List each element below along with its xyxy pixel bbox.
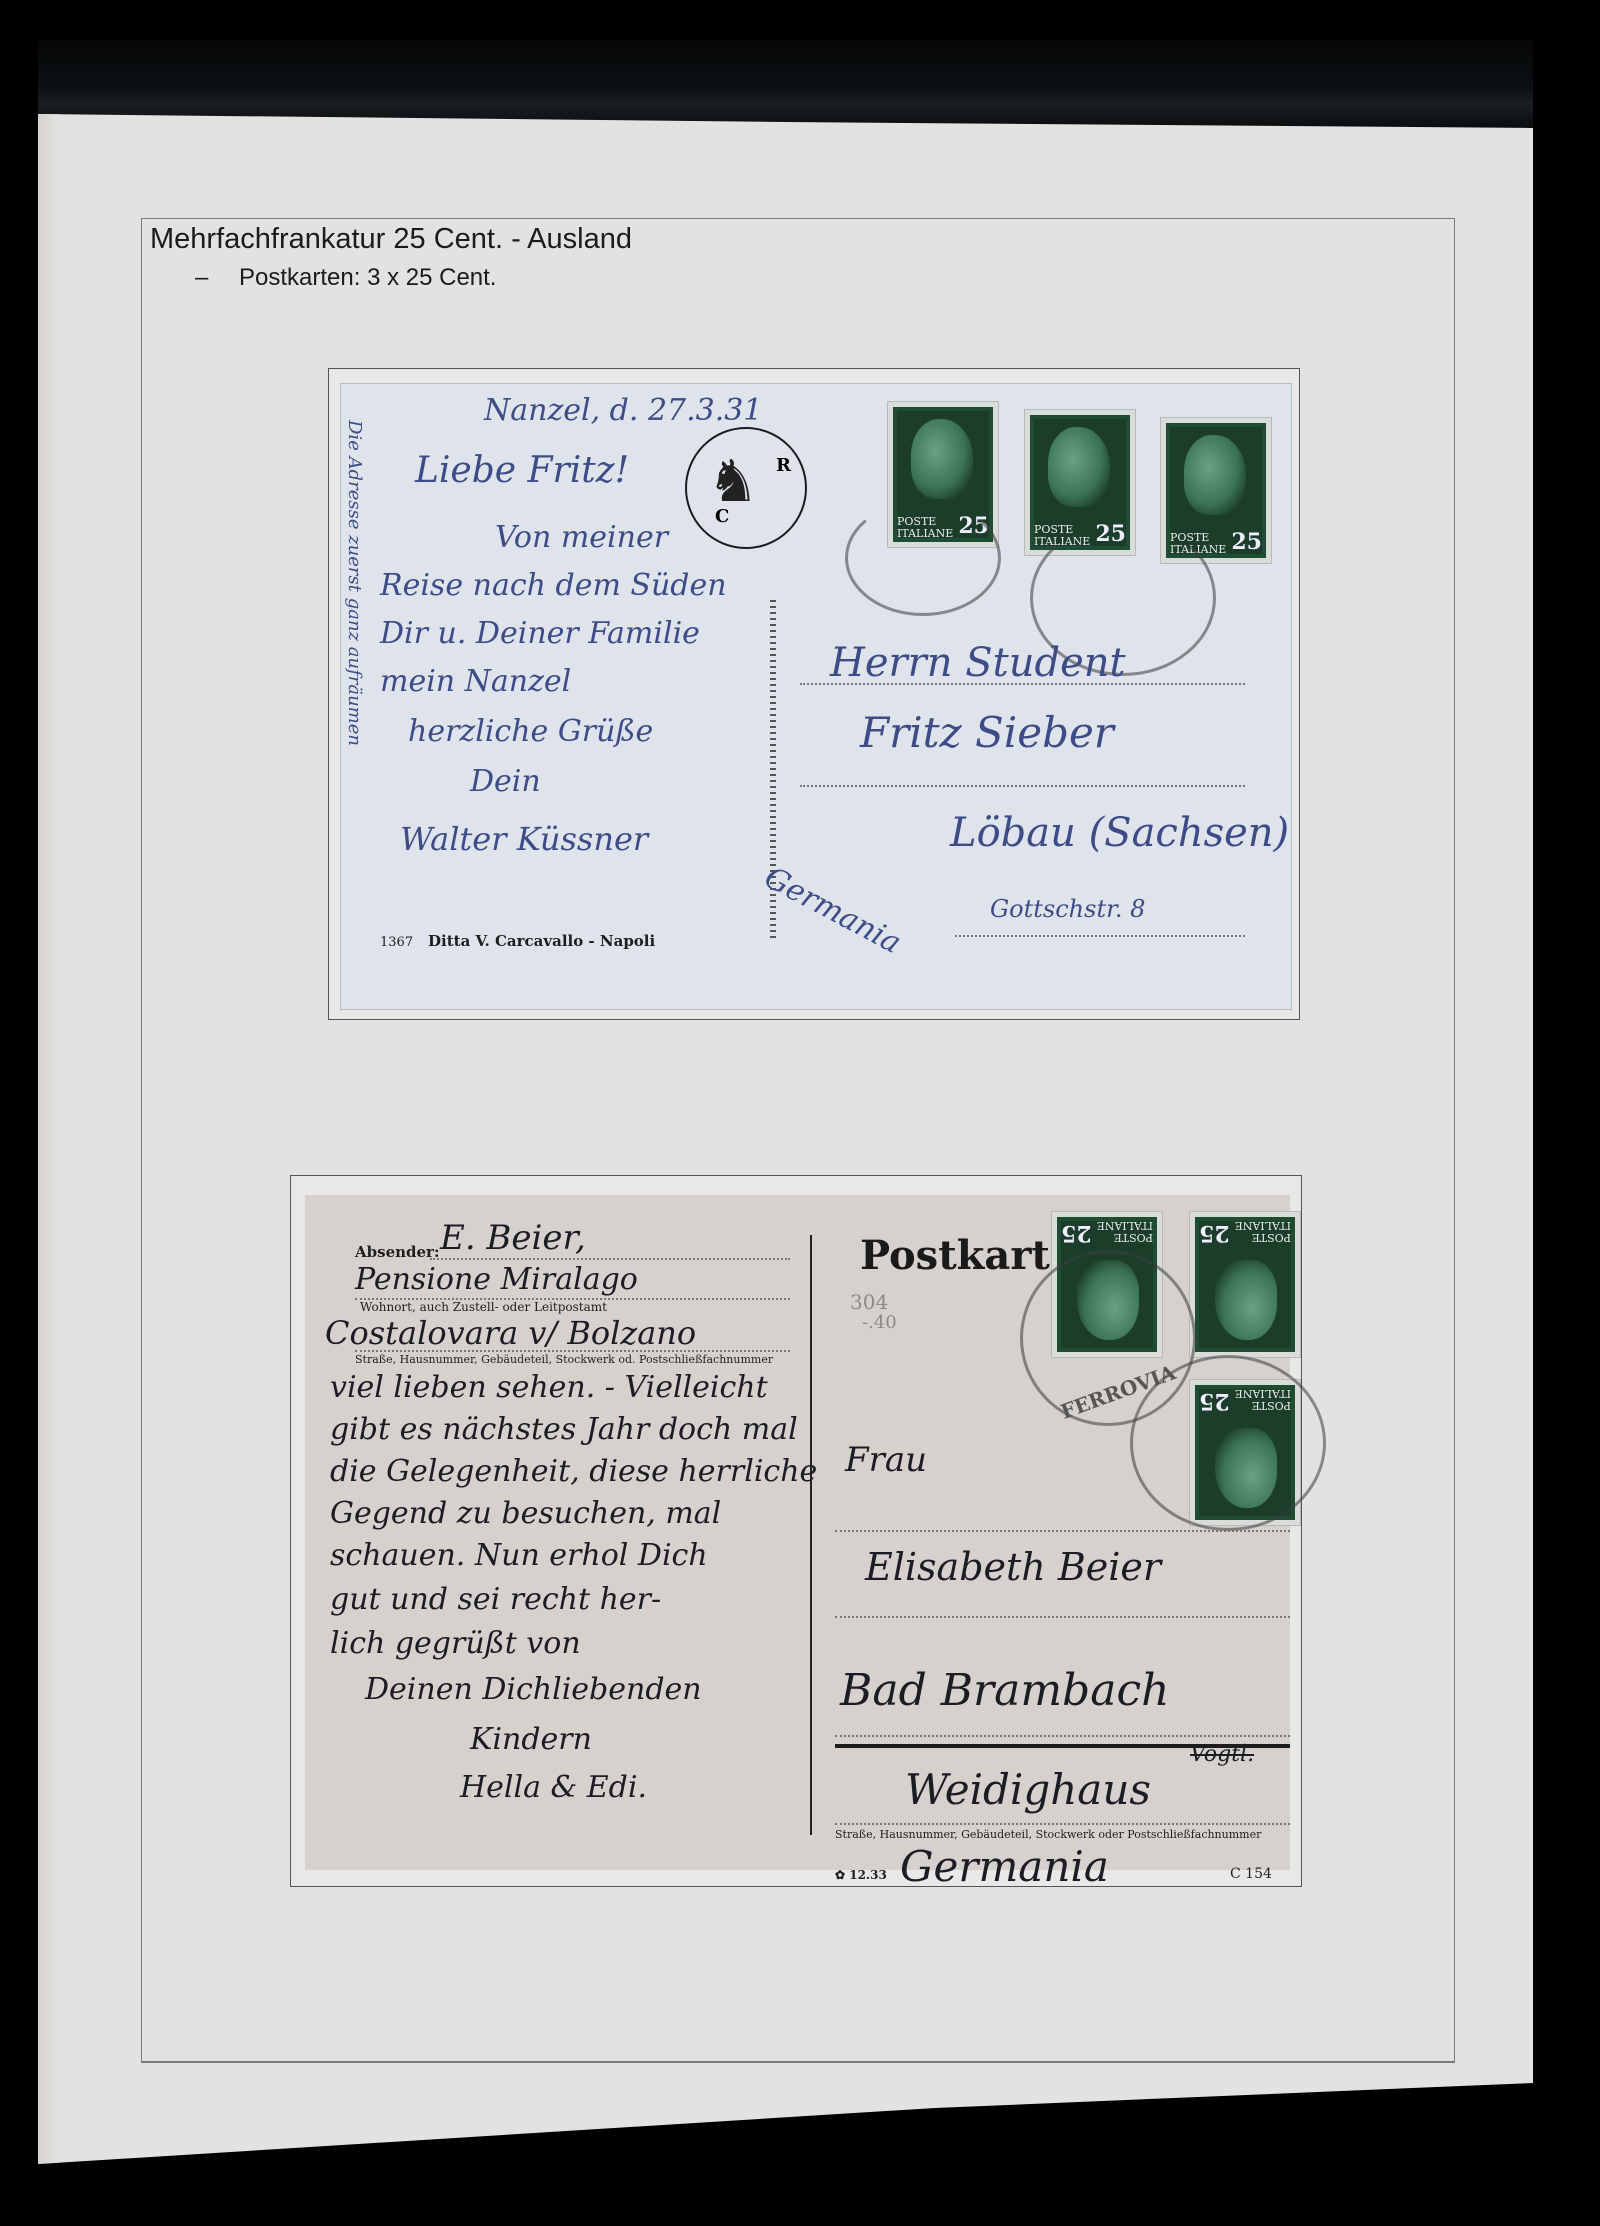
- postkarte-heading: Postkarte: [860, 1232, 1075, 1279]
- card2-address-line: Elisabeth Beier: [865, 1545, 1161, 1589]
- subtitle-bullet: –: [195, 264, 239, 292]
- address-dotted-line: [835, 1616, 1290, 1618]
- card2-message-line: Gegend zu besuchen, mal: [330, 1496, 721, 1531]
- card2-address-line: Weidighaus: [905, 1765, 1151, 1814]
- card2-message-line: Kindern: [470, 1722, 592, 1757]
- page-title: Mehrfachfrankatur 25 Cent. - Ausland: [150, 223, 632, 256]
- pencil-note: -.40: [862, 1312, 897, 1333]
- card1-signature: Walter Küssner: [400, 820, 648, 858]
- card1-message-line: Von meiner: [495, 520, 668, 555]
- street-label-right: Straße, Hausnummer, Gebäudeteil, Stockwe…: [835, 1828, 1261, 1841]
- card1-date-line: Nanzel, d. 27.3.31: [484, 393, 762, 428]
- card1-message-line: Dir u. Deiner Familie: [380, 616, 700, 651]
- card2-message-line: viel lieben sehen. - Vielleicht: [330, 1370, 768, 1405]
- address-dotted-line: [835, 1530, 1290, 1532]
- sender-label: Absender:: [355, 1243, 440, 1261]
- print-code: ✿ 12.33: [835, 1868, 887, 1882]
- sender-dotted-line: [430, 1258, 790, 1260]
- sender-name: E. Beier,: [440, 1218, 586, 1258]
- king-portrait: [1184, 435, 1246, 515]
- publisher-name: Ditta V. Carcavallo - Napoli: [428, 932, 655, 950]
- card1-address-line: Löbau (Sachsen): [950, 810, 1289, 856]
- address-dotted-line: [835, 1823, 1290, 1825]
- card2-address-line: Bad Brambach: [840, 1665, 1169, 1716]
- card1-message-line: Dein: [470, 764, 541, 799]
- postmark-cancel: [845, 500, 1001, 616]
- card1-address-line: Fritz Sieber: [860, 708, 1114, 757]
- card2-address-line: Vogtl.: [1190, 1742, 1254, 1767]
- street-label-left: Straße, Hausnummer, Gebäudeteil, Stockwe…: [355, 1353, 773, 1366]
- card2-country-note: Germania: [900, 1842, 1109, 1891]
- publisher-logo: ♞ R C: [685, 427, 807, 549]
- card2-message-line: gibt es nächstes Jahr doch mal: [330, 1412, 798, 1447]
- stamp-value: 25: [1199, 1220, 1230, 1246]
- card1-message-line: herzliche Grüße: [408, 714, 653, 749]
- address-dotted-line: [835, 1735, 1290, 1737]
- card2-message-line: schauen. Nun erhol Dich: [330, 1538, 708, 1573]
- stamp-value: 25: [1231, 529, 1262, 555]
- king-portrait: [1048, 427, 1110, 507]
- king-portrait: [911, 419, 973, 499]
- horse-icon: ♞: [707, 447, 759, 515]
- card2-message-line: lich gegrüßt von: [330, 1626, 581, 1661]
- card2-center-divider: [810, 1235, 812, 1835]
- card1-address-line: Herrn Student: [830, 640, 1126, 686]
- recipient-salutation: Frau: [845, 1440, 927, 1480]
- pencil-note: 304: [850, 1290, 888, 1314]
- print-code-text: 12.33: [849, 1868, 887, 1882]
- king-portrait: [1215, 1260, 1277, 1340]
- stamp-25-cent-inverted: POSTE ITALIANE 25: [1190, 1212, 1300, 1357]
- form-number: C 154: [1230, 1866, 1272, 1882]
- address-dotted-line: [955, 935, 1245, 937]
- card2-message-line: die Gelegenheit, diese herrliche: [330, 1454, 817, 1489]
- card1-message-line: Reise nach dem Süden: [380, 568, 727, 603]
- card1-address-line: Gottschstr. 8: [990, 895, 1145, 923]
- print-mark-icon: ✿: [835, 1868, 849, 1882]
- card1-message-line: mein Nanzel: [380, 664, 571, 699]
- card1-greeting: Liebe Fritz!: [415, 450, 629, 491]
- residence: Costalovara v/ Bolzano: [325, 1314, 696, 1352]
- sender-line2: Pensione Miralago: [355, 1262, 638, 1297]
- subtitle-text: Postkarten: 3 x 25 Cent.: [239, 264, 496, 291]
- card1-margin-note: Die Adresse zuerst ganz aufräumen: [344, 420, 365, 746]
- address-dotted-line: [800, 683, 1245, 685]
- publisher-number: 1367: [380, 935, 413, 950]
- card2-signature: Hella & Edi.: [460, 1770, 647, 1805]
- page-subtitle: –Postkarten: 3 x 25 Cent.: [195, 264, 496, 292]
- card2-message-line: gut und sei recht her-: [330, 1582, 661, 1617]
- sender-dotted-line: [355, 1350, 790, 1352]
- address-dotted-line: [800, 785, 1245, 787]
- residence-label: Wohnort, auch Zustell- oder Leitpostamt: [360, 1300, 607, 1314]
- card2-message-line: Deinen Dichliebenden: [365, 1672, 702, 1707]
- logo-letter-r: R: [776, 455, 791, 476]
- logo-letter-c: C: [715, 506, 729, 527]
- stamp-value: 25: [1061, 1220, 1092, 1246]
